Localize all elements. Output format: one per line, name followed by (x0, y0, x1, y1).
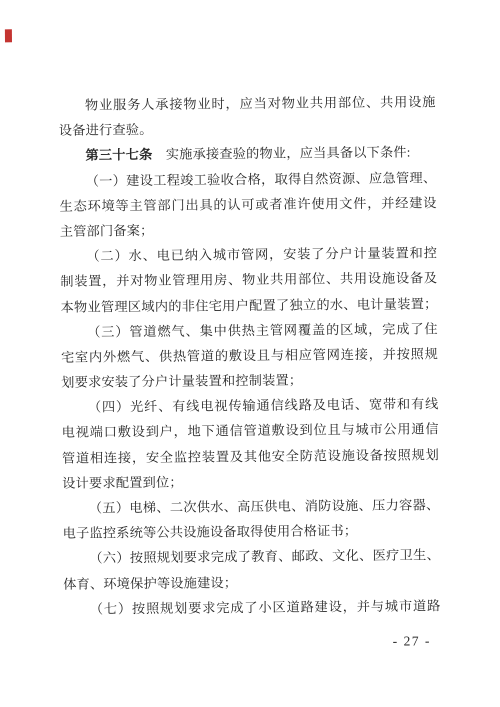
body-text: 划要求安装了分户计量装置和控制装置； (61, 373, 302, 390)
text-line: 制装置，并对物业管理用房、物业共用部位、共用设施设备及 (60, 266, 437, 295)
body-text: 主管部门备案； (60, 223, 154, 239)
body-text: 生态环境等主管部门出具的认可或者准许使用文件，并经建设 (60, 195, 437, 214)
red-mark (5, 29, 12, 42)
text-line: （二）水、电已纳入城市管网，安装了分户计量装置和控 (60, 240, 437, 269)
text-line: 设备进行查验。 (59, 114, 436, 143)
article-number-text: 第三十七条 (85, 147, 152, 163)
text-line: 设计要求配置到位； (62, 467, 439, 496)
body-text: 制装置，并对物业管理用房、物业共用部位、共用设施设备及 (60, 271, 437, 290)
body-text: 设备进行查验。 (59, 122, 153, 138)
body-text: （七）按照规划要求完成了小区道路建设，并与城市道路 (90, 598, 441, 616)
body-text: 体育、环境保护等设施建设； (63, 575, 237, 592)
body-text: 本物业管理区域内的非住宅用户配置了独立的水、电计量装置； (60, 296, 437, 315)
body-text: 电视端口敷设到户，地下通信管道敷设到位且与城市公用通信 (62, 422, 439, 441)
body-text: （五）电梯、二次供水、高压供电、消防设施、压力容器、 (89, 497, 440, 515)
text-line: （三）管道燃气、集中供热主管网覆盖的区域，完成了住 (61, 316, 438, 345)
body-text: 管道相连接，安全监控装置及其他安全防范设施设备按照规划 (62, 447, 439, 466)
text-line: （六）按照规划要求完成了教育、邮政、文化、医疗卫生、 (63, 543, 440, 572)
scanned-document-page: 物业服务人承接物业时，应当对物业共用部位、共用设施设备进行查验。第三十七条 实施… (0, 0, 500, 707)
text-line: 本物业管理区域内的非住宅用户配置了独立的水、电计量装置； (60, 291, 437, 320)
text-line: （七）按照规划要求完成了小区道路建设，并与城市道路 (63, 593, 440, 622)
body-text: （六）按照规划要求完成了教育、邮政、文化、医疗卫生、 (89, 548, 440, 566)
body-text: （二）水、电已纳入城市管网，安装了分户计量装置和控 (86, 245, 437, 263)
body-text: （一）建设工程竣工验收合格，取得自然资源、应急管理、 (86, 170, 437, 188)
body-text: （四）光纤、有线电视传输通信线路及电话、宽带和有线 (88, 396, 439, 414)
page-number: - 27 - (393, 633, 453, 650)
body-text: （三）管道燃气、集中供热主管网覆盖的区域，完成了住 (87, 321, 438, 339)
body-text: 实施承接查验的物业，应当具备以下条件: (152, 145, 410, 162)
body-text: 电子监控系统等公共设施设备取得使用合格证书； (63, 523, 358, 541)
text-line: 划要求安装了分户计量装置和控制装置； (61, 366, 438, 395)
text-line: 电子监控系统等公共设施设备取得使用合格证书； (63, 517, 440, 546)
text-line: 生态环境等主管部门出具的认可或者准许使用文件，并经建设 (59, 190, 436, 219)
body-text: 物业服务人承接物业时，应当对物业共用部位、共用设施 (85, 94, 436, 112)
body-text: 设计要求配置到位； (62, 474, 183, 490)
text-line: （一）建设工程竣工验收合格，取得自然资源、应急管理、 (59, 165, 436, 194)
text-line: 物业服务人承接物业时，应当对物业共用部位、共用设施 (58, 89, 435, 118)
page-tilt-layer: 物业服务人承接物业时，应当对物业共用部位、共用设施设备进行查验。第三十七条 实施… (0, 0, 500, 707)
text-line: 管道相连接，安全监控装置及其他安全防范设施设备按照规划 (62, 442, 439, 471)
text-line: 第三十七条 实施承接查验的物业，应当具备以下条件: (59, 140, 436, 169)
text-line: 主管部门备案； (60, 215, 437, 244)
text-line: （四）光纤、有线电视传输通信线路及电话、宽带和有线 (61, 391, 438, 420)
text-line: 体育、环境保护等设施建设； (63, 568, 440, 597)
body-text: 宅室内外燃气、供热管道的敷设且与相应管网连接，并按照规 (61, 346, 438, 365)
text-line: （五）电梯、二次供水、高压供电、消防设施、压力容器、 (62, 492, 439, 521)
document-body: 物业服务人承接物业时，应当对物业共用部位、共用设施设备进行查验。第三十七条 实施… (58, 89, 440, 622)
text-line: 宅室内外燃气、供热管道的敷设且与相应管网连接，并按照规 (61, 341, 438, 370)
text-line: 电视端口敷设到户，地下通信管道敷设到位且与城市公用通信 (62, 417, 439, 446)
